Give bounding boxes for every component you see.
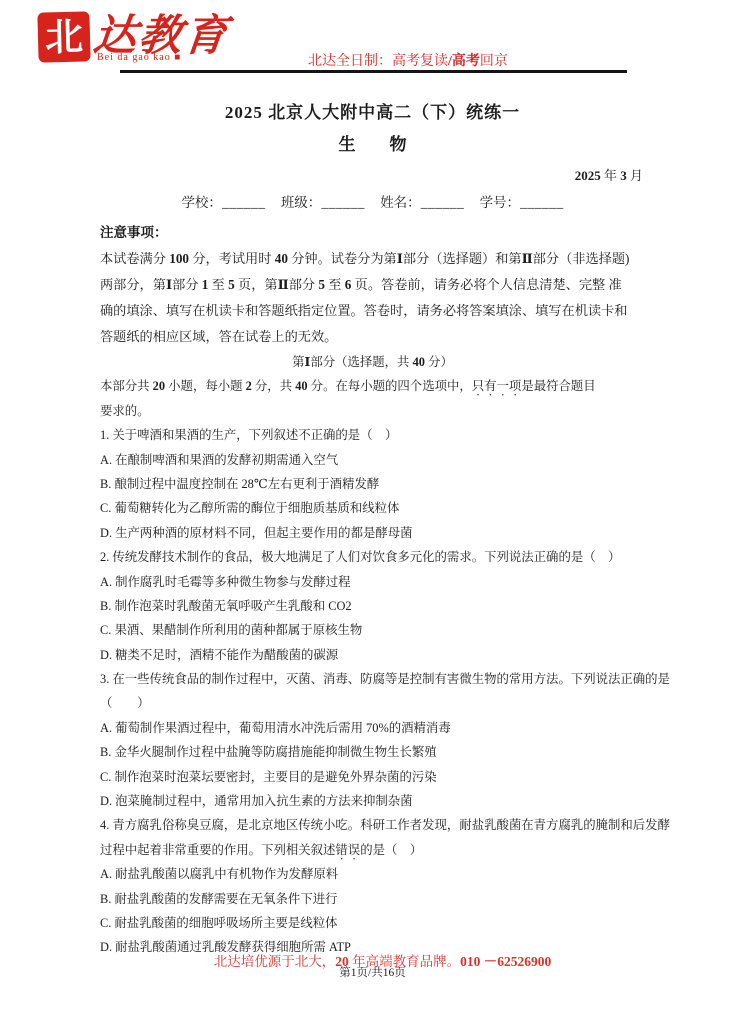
option-d: D. 糖类不足时，酒精不能作为醋酸菌的碳源 — [100, 643, 645, 667]
exam-paper-page: 北 达教育 Bei da gao kao ■ 北达全日制：高考复读/高考回京 2… — [0, 0, 745, 1024]
notice-heading: 注意事项： — [100, 220, 645, 246]
part1-heading: 第Ⅰ部分（选择题，共 40 分） — [100, 350, 645, 374]
option-a: A. 耐盐乳酸菌以腐乳中有机物作为发酵原料 — [100, 862, 645, 886]
option-a: A. 制作腐乳时毛霉等多种微生物参与发酵过程 — [100, 570, 645, 594]
option-b: B. 酿制过程中温度控制在 28℃左右更利于酒精发酵 — [100, 472, 645, 496]
question-stem: 过程中起着非常重要的作用。下列相关叙述错误的是（ ） — [100, 838, 645, 862]
part1-intro-line: 本部分共 20 小题，每小题 2 分，共 40 分。在每小题的四个选项中，只有一… — [100, 374, 645, 398]
field-school-blank: ______ — [222, 195, 266, 210]
option-d: D. 生产两种酒的原材料不同，但起主要作用的都是酵母菌 — [100, 521, 645, 545]
field-name-blank: ______ — [421, 195, 465, 210]
field-school-label: 学校： — [181, 195, 222, 210]
option-b: B. 耐盐乳酸菌的发酵需要在无氧条件下进行 — [100, 887, 645, 911]
option-a: A. 在酿制啤酒和果酒的发酵初期需通入空气 — [100, 448, 645, 472]
header-divider-line — [120, 70, 627, 73]
question-1: 1. 关于啤酒和果酒的生产，下列叙述不正确的是（ ） A. 在酿制啤酒和果酒的发… — [100, 423, 645, 545]
field-class-blank: ______ — [321, 195, 365, 210]
field-school: 学校：______ — [181, 195, 265, 210]
brand-subtitle: Bei da gao kao ■ — [97, 52, 181, 63]
notice-line: 两部分，第Ⅰ部分 1 至 5 页，第Ⅱ部分 5 至 6 页。答卷前，请务必将个人… — [100, 272, 645, 298]
question-3: 3. 在一些传统食品的制作过程中，灭菌、消毒、防腐等是控制有害微生物的常用方法。… — [100, 667, 645, 813]
field-student-id-label: 学号： — [480, 195, 521, 210]
option-b: B. 制作泡菜时乳酸菌无氧呼吸产生乳酸和 CO2 — [100, 594, 645, 618]
question-4: 4. 青方腐乳俗称臭豆腐，是北京地区传统小吃。科研工作者发现，耐盐乳酸菌在青方腐… — [100, 813, 645, 959]
field-name-label: 姓名： — [380, 195, 421, 210]
question-stem: 1. 关于啤酒和果酒的生产，下列叙述不正确的是（ ） — [100, 423, 645, 447]
field-name: 姓名：______ — [380, 195, 464, 210]
field-class: 班级：______ — [281, 195, 365, 210]
exam-subject: 生 物 — [100, 130, 645, 155]
student-info-fields: 学校：______ 班级：______ 姓名：______ 学号：______ — [100, 191, 645, 211]
option-a: A. 葡萄制作果酒过程中，葡萄用清水冲洗后需用 70%的酒精消毒 — [100, 716, 645, 740]
brand-seal-logo-icon: 北 — [37, 11, 90, 62]
part1-intro-line: 要求的。 — [100, 399, 645, 423]
question-stem: 2. 传统发酵技术制作的食品，极大地满足了人们对饮食多元化的需求。下列说法正确的… — [100, 545, 645, 569]
question-stem: （ ） — [100, 691, 645, 715]
option-b: B. 金华火腿制作过程中盐腌等防腐措施能抑制微生物生长繁殖 — [100, 740, 645, 764]
document-body: 2025 北京人大附中高二（下）统练一 生 物 2025 年 3 月 学校：__… — [100, 98, 645, 960]
notice-line: 确的填涂、填写在机读卡和答题纸指定位置。答卷时，请务必将答案填涂、填写在机读卡和 — [100, 298, 645, 324]
page-number: 第1页/共16页 — [0, 964, 745, 980]
option-c: C. 葡萄糖转化为乙醇所需的酶位于细胞质基质和线粒体 — [100, 496, 645, 520]
question-stem: 4. 青方腐乳俗称臭豆腐，是北京地区传统小吃。科研工作者发现，耐盐乳酸菌在青方腐… — [100, 813, 645, 837]
field-student-id-blank: ______ — [520, 195, 564, 210]
exam-date: 2025 年 3 月 — [100, 165, 645, 184]
question-stem: 3. 在一些传统食品的制作过程中，灭菌、消毒、防腐等是控制有害微生物的常用方法。… — [100, 667, 645, 691]
option-c: C. 果酒、果醋制作所利用的菌种都属于原核生物 — [100, 618, 645, 642]
notice-line: 答题纸的相应区域，答在试卷上的无效。 — [100, 324, 645, 350]
notice-line: 本试卷满分 100 分，考试用时 40 分钟。试卷分为第Ⅰ部分（选择题）和第Ⅱ部… — [100, 246, 645, 272]
field-student-id: 学号：______ — [480, 195, 564, 210]
option-c: C. 制作泡菜时泡菜坛要密封，主要目的是避免外界杂菌的污染 — [100, 765, 645, 789]
option-d: D. 泡菜腌制过程中，通常用加入抗生素的方法来抑制杂菌 — [100, 789, 645, 813]
option-c: C. 耐盐乳酸菌的细胞呼吸场所主要是线粒体 — [100, 911, 645, 935]
question-2: 2. 传统发酵技术制作的食品，极大地满足了人们对饮食多元化的需求。下列说法正确的… — [100, 545, 645, 667]
field-class-label: 班级： — [281, 195, 322, 210]
header-tagline: 北达全日制：高考复读/高考回京 — [308, 50, 508, 70]
exam-title: 2025 北京人大附中高二（下）统练一 — [100, 98, 645, 123]
